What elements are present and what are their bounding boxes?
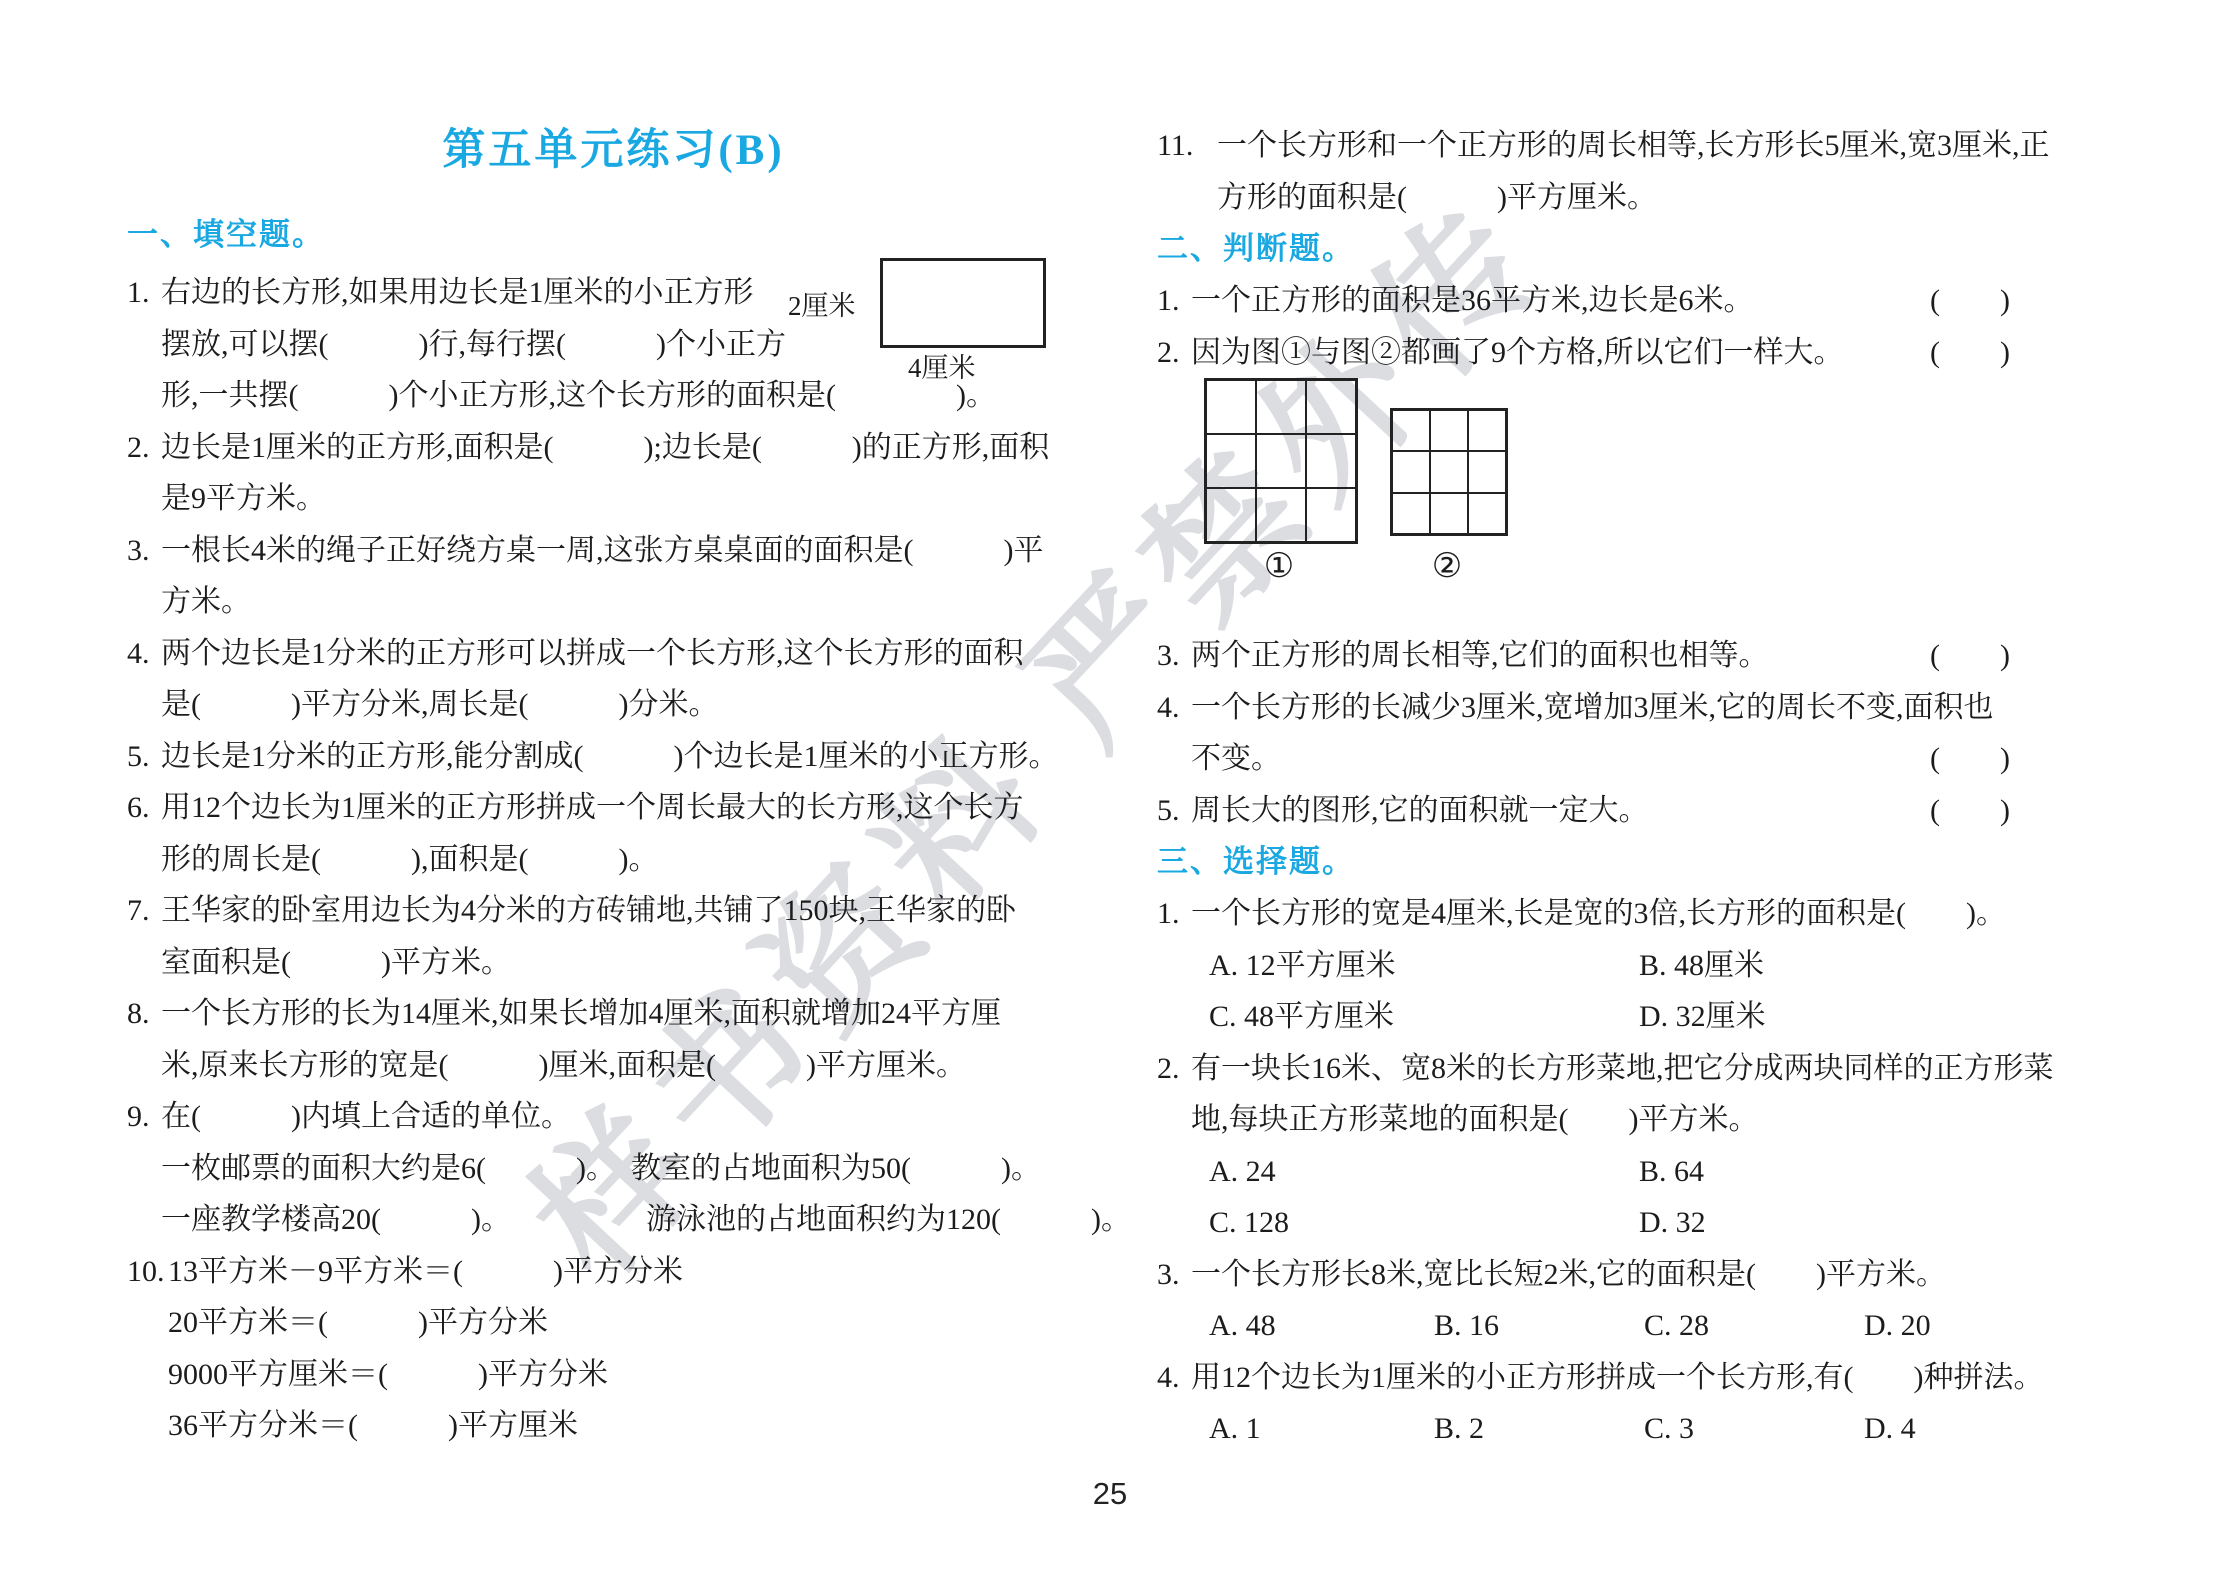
question-text: 不变。 [1191, 742, 1281, 775]
section-heading-choice: 三、选择题。 [1157, 836, 2010, 888]
question-text: 是( )平方分米,周长是( )分米。 [161, 688, 718, 721]
question-line: 是( )平方分米,周长是( )分米。 [127, 679, 1100, 731]
question-line: 方形的面积是( )平方厘米。 [1157, 172, 2010, 224]
question-number: 1. [1157, 888, 1191, 940]
judge-text: 3.两个正方形的周长相等,它们的面积也相等。 [1191, 630, 1769, 682]
question-number: 2. [1157, 1043, 1191, 1095]
section-heading-judge: 二、判断题。 [1157, 223, 2010, 275]
question-line: 5.边长是1分米的正方形,能分割成( )个边长是1厘米的小正方形。 [127, 731, 1100, 783]
question-text: 方米。 [161, 585, 251, 618]
question-line: 2.边长是1厘米的正方形,面积是( );边长是( )的正方形,面积 [127, 422, 1100, 474]
question-number: 2. [127, 422, 161, 474]
choice-option: B. 64 [1639, 1146, 2010, 1198]
question-text: 方形的面积是( )平方厘米。 [1217, 181, 1657, 214]
question-number: 1. [1157, 275, 1191, 327]
choice-option: A. 12平方厘米 [1209, 940, 1639, 992]
question-line: 方米。 [127, 576, 1100, 628]
question-text: 13平方米－9平方米＝( )平方分米 [168, 1255, 683, 1288]
choice-option: D. 32 [1639, 1197, 2010, 1249]
question-text: 边长是1厘米的正方形,面积是( );边长是( )的正方形,面积 [161, 431, 1049, 464]
right-column: 11.一个长方形和一个正方形的周长相等,长方形长5厘米,宽3厘米,正 方形的面积… [1157, 120, 2010, 1455]
question-text: 一个长方形和一个正方形的周长相等,长方形长5厘米,宽3厘米,正 [1217, 129, 2050, 162]
question-line: 4.两个边长是1分米的正方形可以拼成一个长方形,这个长方形的面积 [127, 628, 1100, 680]
question-line: 米,原来长方形的宽是( )厘米,面积是( )平方厘米。 [127, 1040, 1100, 1092]
question-line: 10.13平方米－9平方米＝( )平方分米 [127, 1246, 1100, 1298]
question-line: 11.一个长方形和一个正方形的周长相等,长方形长5厘米,宽3厘米,正 [1157, 120, 2010, 172]
question-number: 4. [127, 628, 161, 680]
question-line: 形,一共摆( )个小正方形,这个长方形的面积是( )。 [127, 370, 1100, 422]
judge-row: 4.一个长方形的长减少3厘米,宽增加3厘米,它的周长不变,面积也 [1157, 682, 2010, 734]
question-number: 6. [127, 782, 161, 834]
question-line: 1.一个长方形的宽是4厘米,长是宽的3倍,长方形的面积是( )。 [1157, 888, 2010, 940]
judge-row: 3.两个正方形的周长相等,它们的面积也相等。 ( ) [1157, 630, 2010, 682]
choice-option: D. 4 [1864, 1403, 2010, 1455]
choice-options: A. 24 B. 64 C. 128 D. 32 [1157, 1146, 2010, 1249]
choice-option: C. 28 [1644, 1300, 1864, 1352]
page-title: 第五单元练习(B) [127, 116, 1100, 177]
choice-option: C. 3 [1644, 1403, 1864, 1455]
question-text: 两个正方形的周长相等,它们的面积也相等。 [1191, 639, 1769, 672]
choice-option: A. 1 [1209, 1403, 1434, 1455]
question-text: 右边的长方形,如果用边长是1厘米的小正方形 [161, 276, 754, 309]
question-line: 摆放,可以摆( )行,每行摆( )个小正方 [127, 319, 1100, 371]
question-text: 形,一共摆( )个小正方形,这个长方形的面积是( )。 [161, 379, 996, 412]
left-column: 一、填空题。 1.右边的长方形,如果用边长是1厘米的小正方形 摆放,可以摆( )… [127, 209, 1100, 1452]
question-line: 6.用12个边长为1厘米的正方形拼成一个周长最大的长方形,这个长方 [127, 782, 1100, 834]
question-number: 5. [127, 731, 161, 783]
choice-option: D. 32厘米 [1639, 991, 2010, 1043]
question-text: 用12个边长为1厘米的小正方形拼成一个长方形,有( )种拼法。 [1191, 1361, 2043, 1394]
choice-option: A. 48 [1209, 1300, 1434, 1352]
question-text: 9000平方厘米＝( )平方分米 [168, 1358, 608, 1391]
question-text: 一个长方形的长为14厘米,如果长增加4厘米,面积就增加24平方厘 [161, 997, 1001, 1030]
answer-bracket: ( ) [1930, 630, 2010, 682]
answer-bracket: ( ) [1930, 327, 2010, 379]
grid-label-2: ② [1415, 546, 1479, 586]
grid-figures: ① ② [1157, 378, 2010, 630]
judge-row: 1.一个正方形的面积是36平方米,边长是6米。 ( ) [1157, 275, 2010, 327]
question-text: 用12个边长为1厘米的正方形拼成一个周长最大的长方形,这个长方 [161, 791, 1024, 824]
judge-row: 2.因为图①与图②都画了9个方格,所以它们一样大。 ( ) [1157, 327, 2010, 379]
choice-option: A. 24 [1209, 1146, 1639, 1198]
judge-text: 不变。 [1191, 733, 1281, 785]
question-text: 是9平方米。 [161, 482, 326, 515]
answer-bracket: ( ) [1930, 275, 2010, 327]
worksheet-page: 样书资料 严禁外传 第五单元练习(B) 2厘米 4厘米 一、填空题。 1.右边的… [0, 0, 2220, 1571]
page-number: 25 [1075, 1476, 1145, 1512]
question-number: 3. [127, 525, 161, 577]
choice-option: B. 2 [1434, 1403, 1644, 1455]
choice-option: D. 20 [1864, 1300, 2010, 1352]
choice-options: A. 48 B. 16 C. 28 D. 20 [1157, 1300, 2010, 1352]
answer-bracket: ( ) [1930, 733, 2010, 785]
question-text: 米,原来长方形的宽是( )厘米,面积是( )平方厘米。 [161, 1049, 966, 1082]
question-number: 10. [127, 1246, 168, 1298]
judge-text: 5.周长大的图形,它的面积就一定大。 [1191, 785, 1649, 837]
question-line: 7.王华家的卧室用边长为4分米的方砖铺地,共铺了150块,王华家的卧 [127, 885, 1100, 937]
question-line: 36平方分米＝( )平方厘米 [127, 1400, 1100, 1452]
question-line: 1.右边的长方形,如果用边长是1厘米的小正方形 [127, 267, 1100, 319]
choice-option: C. 128 [1209, 1197, 1639, 1249]
question-text: 36平方分米＝( )平方厘米 [168, 1409, 578, 1442]
judge-row: 5.周长大的图形,它的面积就一定大。 ( ) [1157, 785, 2010, 837]
question-text: 因为图①与图②都画了9个方格,所以它们一样大。 [1191, 336, 1844, 369]
question-text: 王华家的卧室用边长为4分米的方砖铺地,共铺了150块,王华家的卧 [161, 894, 1016, 927]
question-text: 在( )内填上合适的单位。 [161, 1100, 571, 1133]
question-line: 形的周长是( ),面积是( )。 [127, 834, 1100, 886]
question-line: 地,每块正方形菜地的面积是( )平方米。 [1157, 1094, 2010, 1146]
question-number: 7. [127, 885, 161, 937]
choice-option: B. 16 [1434, 1300, 1644, 1352]
question-line: 一枚邮票的面积大约是6( )。 教室的占地面积为50( )。 [127, 1143, 1100, 1195]
question-text: 室面积是( )平方米。 [161, 946, 511, 979]
question-number: 3. [1157, 630, 1191, 682]
question-text: 周长大的图形,它的面积就一定大。 [1191, 794, 1649, 827]
answer-bracket: ( ) [1930, 785, 2010, 837]
choice-options: A. 1 B. 2 C. 3 D. 4 [1157, 1403, 2010, 1455]
question-line: 20平方米＝( )平方分米 [127, 1297, 1100, 1349]
choice-option: C. 48平方厘米 [1209, 991, 1639, 1043]
question-line: 一座教学楼高20( )。 游泳池的占地面积约为120( )。 [127, 1194, 1100, 1246]
question-number: 1. [127, 267, 161, 319]
question-text: 一个长方形的长减少3厘米,宽增加3厘米,它的周长不变,面积也 [1191, 691, 1994, 724]
question-number: 3. [1157, 1249, 1191, 1301]
question-text: 一枚邮票的面积大约是6( )。 教室的占地面积为50( )。 [161, 1152, 1041, 1185]
grid-diagram-2 [1390, 408, 1508, 536]
question-line: 2.有一块长16米、宽8米的长方形菜地,把它分成两块同样的正方形菜 [1157, 1043, 2010, 1095]
question-number: 8. [127, 988, 161, 1040]
question-text: 一个长方形长8米,宽比长短2米,它的面积是( )平方米。 [1191, 1258, 1946, 1291]
question-text: 20平方米＝( )平方分米 [168, 1306, 548, 1339]
choice-options: A. 12平方厘米 B. 48厘米 C. 48平方厘米 D. 32厘米 [1157, 940, 2010, 1043]
question-line: 8.一个长方形的长为14厘米,如果长增加4厘米,面积就增加24平方厘 [127, 988, 1100, 1040]
grid-label-1: ① [1243, 546, 1315, 586]
section-heading-fill: 一、填空题。 [127, 209, 1100, 261]
question-line: 室面积是( )平方米。 [127, 937, 1100, 989]
question-number: 11. [1157, 120, 1217, 172]
question-text: 形的周长是( ),面积是( )。 [161, 843, 658, 876]
question-line: 9000平方厘米＝( )平方分米 [127, 1349, 1100, 1401]
question-line: 9.在( )内填上合适的单位。 [127, 1091, 1100, 1143]
judge-text: 1.一个正方形的面积是36平方米,边长是6米。 [1191, 275, 1754, 327]
question-number: 4. [1157, 1352, 1191, 1404]
question-text: 有一块长16米、宽8米的长方形菜地,把它分成两块同样的正方形菜 [1191, 1052, 2054, 1085]
judge-row: 不变。 ( ) [1157, 733, 2010, 785]
question-number: 9. [127, 1091, 161, 1143]
question-text: 一座教学楼高20( )。 游泳池的占地面积约为120( )。 [161, 1203, 1131, 1236]
judge-text: 2.因为图①与图②都画了9个方格,所以它们一样大。 [1191, 327, 1844, 379]
question-number: 5. [1157, 785, 1191, 837]
question-text: 地,每块正方形菜地的面积是( )平方米。 [1191, 1103, 1758, 1136]
question-number: 2. [1157, 327, 1191, 379]
question-line: 4.用12个边长为1厘米的小正方形拼成一个长方形,有( )种拼法。 [1157, 1352, 2010, 1404]
question-text: 一根长4米的绳子正好绕方桌一周,这张方桌桌面的面积是( )平 [161, 534, 1043, 567]
grid-diagram-1 [1204, 378, 1358, 544]
question-number: 4. [1157, 682, 1191, 734]
question-text: 一个长方形的宽是4厘米,长是宽的3倍,长方形的面积是( )。 [1191, 897, 2006, 930]
question-line: 3.一个长方形长8米,宽比长短2米,它的面积是( )平方米。 [1157, 1249, 2010, 1301]
question-text: 两个边长是1分米的正方形可以拼成一个长方形,这个长方形的面积 [161, 637, 1024, 670]
choice-option: B. 48厘米 [1639, 940, 2010, 992]
question-line: 3.一根长4米的绳子正好绕方桌一周,这张方桌桌面的面积是( )平 [127, 525, 1100, 577]
question-text: 一个正方形的面积是36平方米,边长是6米。 [1191, 284, 1754, 317]
question-text: 摆放,可以摆( )行,每行摆( )个小正方 [161, 328, 786, 361]
question-text: 边长是1分米的正方形,能分割成( )个边长是1厘米的小正方形。 [161, 740, 1058, 773]
question-line: 是9平方米。 [127, 473, 1100, 525]
